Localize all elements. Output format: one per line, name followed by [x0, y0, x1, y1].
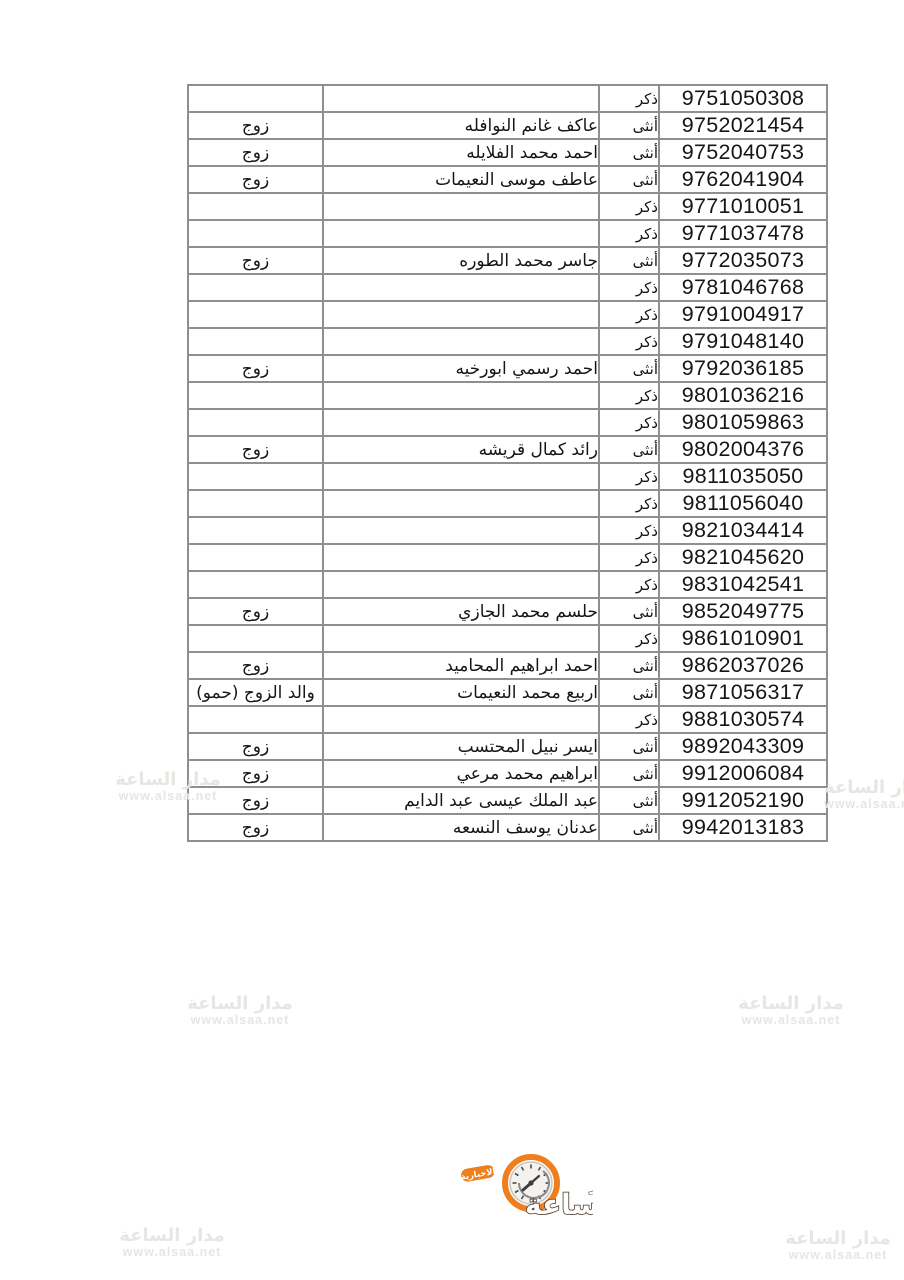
table-row: زوج احمد محمد الفلايله أنثى 9752040753: [188, 139, 827, 166]
relation-cell: زوج: [188, 139, 323, 166]
relation-cell: زوج: [188, 598, 323, 625]
relation-cell: [188, 571, 323, 598]
madar-alsaa-logo: مدار الاخبارية الساعة: [453, 1150, 593, 1222]
national-number-cell: 9831042541: [659, 571, 827, 598]
name-cell: [323, 463, 599, 490]
table-row: ذكر 9801059863: [188, 409, 827, 436]
gender-cell: ذكر: [599, 463, 659, 490]
watermark: مدار الساعة www.alsaa.net: [782, 1229, 894, 1263]
name-cell: [323, 544, 599, 571]
gender-cell: ذكر: [599, 328, 659, 355]
gender-cell: ذكر: [599, 706, 659, 733]
national-number-cell: 9811035050: [659, 463, 827, 490]
gender-cell: أنثى: [599, 652, 659, 679]
table-row: ذكر 9751050308: [188, 85, 827, 112]
relation-cell: والد الزوج (حمو): [188, 679, 323, 706]
name-cell: [323, 274, 599, 301]
relation-cell: زوج: [188, 247, 323, 274]
table-row: زوج احمد ابراهيم المحاميد أنثى 986203702…: [188, 652, 827, 679]
relation-cell: [188, 517, 323, 544]
gender-cell: أنثى: [599, 139, 659, 166]
relation-cell: [188, 382, 323, 409]
table-row: ذكر 9791048140: [188, 328, 827, 355]
table-row: ذكر 9861010901: [188, 625, 827, 652]
national-number-cell: 9781046768: [659, 274, 827, 301]
relation-cell: زوج: [188, 733, 323, 760]
relation-cell: زوج: [188, 436, 323, 463]
national-number-cell: 9752021454: [659, 112, 827, 139]
table-row: ذكر 9811056040: [188, 490, 827, 517]
name-cell: عاطف موسى النعيمات: [323, 166, 599, 193]
gender-cell: أنثى: [599, 760, 659, 787]
relation-cell: زوج: [188, 166, 323, 193]
name-cell: اربيع محمد النعيمات: [323, 679, 599, 706]
name-cell: [323, 625, 599, 652]
gender-cell: ذكر: [599, 85, 659, 112]
gender-cell: ذكر: [599, 301, 659, 328]
name-cell: رائد كمال قريشه: [323, 436, 599, 463]
watermark-url: www.alsaa.net: [116, 1246, 228, 1260]
gender-cell: أنثى: [599, 814, 659, 841]
national-number-cell: 9772035073: [659, 247, 827, 274]
national-number-cell: 9821034414: [659, 517, 827, 544]
gender-cell: ذكر: [599, 490, 659, 517]
watermark-title: مدار الساعة: [824, 778, 904, 798]
gender-cell: ذكر: [599, 274, 659, 301]
national-number-cell: 9912052190: [659, 787, 827, 814]
table-row: ذكر 9801036216: [188, 382, 827, 409]
national-number-cell: 9871056317: [659, 679, 827, 706]
national-number-cell: 9881030574: [659, 706, 827, 733]
national-number-cell: 9791048140: [659, 328, 827, 355]
gender-cell: ذكر: [599, 625, 659, 652]
gender-cell: ذكر: [599, 382, 659, 409]
table-row: زوج عدنان يوسف النسعه أنثى 9942013183: [188, 814, 827, 841]
relation-cell: [188, 706, 323, 733]
relation-cell: [188, 274, 323, 301]
national-number-cell: 9852049775: [659, 598, 827, 625]
gender-cell: ذكر: [599, 193, 659, 220]
watermark: مدار الساعة www.alsaa.net: [736, 994, 846, 1028]
watermark: مدار الساعة www.alsaa.net: [116, 1226, 228, 1260]
national-number-cell: 9751050308: [659, 85, 827, 112]
watermark: مدار الساعة www.alsaa.net: [824, 778, 904, 812]
gender-cell: أنثى: [599, 247, 659, 274]
table-row: زوج حلسم محمد الجازي أنثى 9852049775: [188, 598, 827, 625]
table-row: ذكر 9781046768: [188, 274, 827, 301]
national-number-cell: 9801036216: [659, 382, 827, 409]
gender-cell: أنثى: [599, 679, 659, 706]
name-cell: احمد ابراهيم المحاميد: [323, 652, 599, 679]
national-number-cell: 9942013183: [659, 814, 827, 841]
table-row: والد الزوج (حمو) اربيع محمد النعيمات أنث…: [188, 679, 827, 706]
table-row: زوج ابراهيم محمد مرعي أنثى 9912006084: [188, 760, 827, 787]
national-number-cell: 9892043309: [659, 733, 827, 760]
name-cell: [323, 193, 599, 220]
watermark-url: www.alsaa.net: [185, 1014, 295, 1028]
name-cell: جاسر محمد الطوره: [323, 247, 599, 274]
national-number-cell: 9861010901: [659, 625, 827, 652]
relation-cell: [188, 328, 323, 355]
name-cell: حلسم محمد الجازي: [323, 598, 599, 625]
watermark-title: مدار الساعة: [185, 994, 295, 1014]
logo-brand-main: الساعة: [525, 1188, 593, 1221]
national-number-cell: 9802004376: [659, 436, 827, 463]
table-row: زوج عاكف غانم النوافله أنثى 9752021454: [188, 112, 827, 139]
table-row: زوج عاطف موسى النعيمات أنثى 9762041904: [188, 166, 827, 193]
table-row: ذكر 9821034414: [188, 517, 827, 544]
gender-cell: أنثى: [599, 436, 659, 463]
relation-cell: زوج: [188, 652, 323, 679]
name-cell: [323, 706, 599, 733]
national-number-cell: 9912006084: [659, 760, 827, 787]
relation-cell: [188, 463, 323, 490]
name-cell: عبد الملك عيسى عبد الدايم: [323, 787, 599, 814]
gender-cell: ذكر: [599, 517, 659, 544]
name-cell: [323, 409, 599, 436]
name-cell: [323, 220, 599, 247]
name-cell: [323, 571, 599, 598]
table-row: زوج ايسر نبيل المحتسب أنثى 9892043309: [188, 733, 827, 760]
gender-cell: ذكر: [599, 220, 659, 247]
name-cell: [323, 301, 599, 328]
national-number-cell: 9771010051: [659, 193, 827, 220]
relation-cell: [188, 220, 323, 247]
watermark-title: مدار الساعة: [736, 994, 846, 1014]
relation-cell: [188, 301, 323, 328]
name-cell: ابراهيم محمد مرعي: [323, 760, 599, 787]
national-number-cell: 9762041904: [659, 166, 827, 193]
watermark-url: www.alsaa.net: [736, 1014, 846, 1028]
national-number-cell: 9791004917: [659, 301, 827, 328]
gender-cell: أنثى: [599, 733, 659, 760]
name-cell: ايسر نبيل المحتسب: [323, 733, 599, 760]
relation-cell: [188, 625, 323, 652]
gender-cell: أنثى: [599, 166, 659, 193]
document-page: ذكر 9751050308 زوج عاكف غانم النوافله أن…: [0, 0, 904, 1280]
gender-cell: ذكر: [599, 544, 659, 571]
gender-cell: أنثى: [599, 787, 659, 814]
gender-cell: أنثى: [599, 598, 659, 625]
gender-cell: ذكر: [599, 409, 659, 436]
national-number-cell: 9811056040: [659, 490, 827, 517]
table-row: ذكر 9821045620: [188, 544, 827, 571]
table-row: زوج احمد رسمي ابورخيه أنثى 9792036185: [188, 355, 827, 382]
table-row: ذكر 9811035050: [188, 463, 827, 490]
records-table: ذكر 9751050308 زوج عاكف غانم النوافله أن…: [187, 84, 828, 842]
national-number-cell: 9792036185: [659, 355, 827, 382]
name-cell: [323, 85, 599, 112]
table-row: زوج جاسر محمد الطوره أنثى 9772035073: [188, 247, 827, 274]
name-cell: [323, 517, 599, 544]
name-cell: [323, 490, 599, 517]
name-cell: احمد رسمي ابورخيه: [323, 355, 599, 382]
relation-cell: [188, 490, 323, 517]
national-number-cell: 9752040753: [659, 139, 827, 166]
watermark-title: مدار الساعة: [113, 770, 223, 790]
relation-cell: [188, 409, 323, 436]
name-cell: [323, 382, 599, 409]
watermark: مدار الساعة www.alsaa.net: [113, 770, 223, 804]
table-row: زوج عبد الملك عيسى عبد الدايم أنثى 99120…: [188, 787, 827, 814]
national-number-cell: 9862037026: [659, 652, 827, 679]
watermark-url: www.alsaa.net: [782, 1249, 894, 1263]
relation-cell: [188, 193, 323, 220]
name-cell: عدنان يوسف النسعه: [323, 814, 599, 841]
watermark-url: www.alsaa.net: [113, 790, 223, 804]
relation-cell: زوج: [188, 112, 323, 139]
relation-cell: [188, 544, 323, 571]
table-row: ذكر 9881030574: [188, 706, 827, 733]
name-cell: احمد محمد الفلايله: [323, 139, 599, 166]
table-row: ذكر 9791004917: [188, 301, 827, 328]
table-row: ذكر 9771010051: [188, 193, 827, 220]
records-table-body: ذكر 9751050308 زوج عاكف غانم النوافله أن…: [188, 85, 827, 841]
name-cell: [323, 328, 599, 355]
watermark-title: مدار الساعة: [116, 1226, 228, 1246]
national-number-cell: 9771037478: [659, 220, 827, 247]
name-cell: عاكف غانم النوافله: [323, 112, 599, 139]
gender-cell: أنثى: [599, 355, 659, 382]
national-number-cell: 9821045620: [659, 544, 827, 571]
watermark: مدار الساعة www.alsaa.net: [185, 994, 295, 1028]
table-row: ذكر 9771037478: [188, 220, 827, 247]
watermark-title: مدار الساعة: [782, 1229, 894, 1249]
watermark-url: www.alsaa.net: [824, 798, 904, 812]
table-row: زوج رائد كمال قريشه أنثى 9802004376: [188, 436, 827, 463]
national-number-cell: 9801059863: [659, 409, 827, 436]
relation-cell: [188, 85, 323, 112]
relation-cell: زوج: [188, 355, 323, 382]
table-row: ذكر 9831042541: [188, 571, 827, 598]
gender-cell: ذكر: [599, 571, 659, 598]
gender-cell: أنثى: [599, 112, 659, 139]
relation-cell: زوج: [188, 814, 323, 841]
